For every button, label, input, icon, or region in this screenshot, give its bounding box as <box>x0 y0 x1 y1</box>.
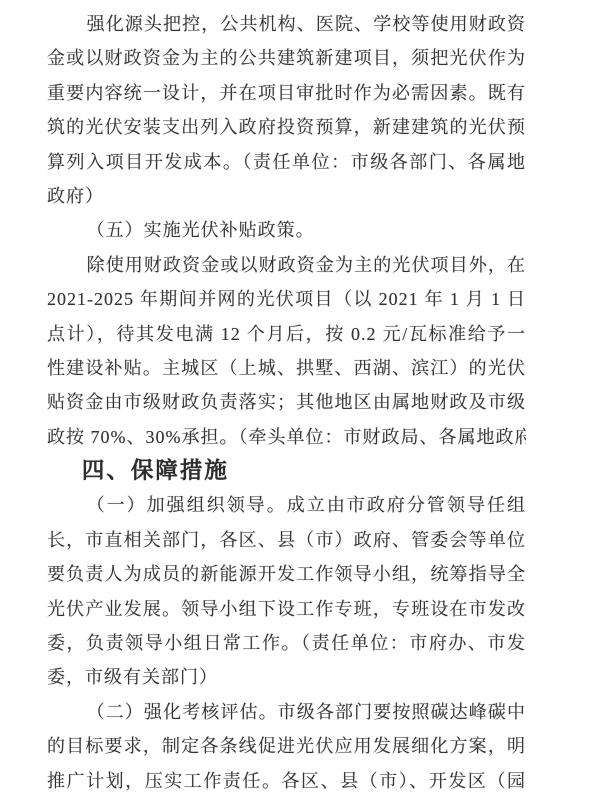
text-line: 的目标要求，制定各条线促进光伏应用发展细化方案，明确 <box>47 729 526 763</box>
text-line: （五）实施光伏补贴政策。 <box>47 213 526 247</box>
text-line: 2021-2025 年期间并网的光伏项目（以 2021 年 1 月 1 日为起 <box>47 282 526 316</box>
text-line: 贴资金由市级财政负责落实；其他地区由属地财政及市级财 <box>47 385 526 419</box>
text-line: 强化源头把控，公共机构、医院、学校等使用财政资 <box>47 7 526 41</box>
text-column: 强化源头把控，公共机构、医院、学校等使用财政资金或以财政资金为主的公共建筑新建项… <box>47 7 526 798</box>
text-line: （二）强化考核评估。市级各部门要按照碳达峰碳中和 <box>47 695 526 729</box>
text-line: 光伏产业发展。领导小组下设工作专班，专班设在市发改 <box>47 592 526 626</box>
paragraph: 除使用财政资金或以财政资金为主的光伏项目外，在2021-2025 年期间并网的光… <box>47 248 526 454</box>
text-line: 算列入项目开发成本。（责任单位：市级各部门、各属地 <box>47 145 526 179</box>
paragraph: （五）实施光伏补贴政策。 <box>47 213 526 247</box>
text-line: 四、保障措施 <box>47 454 526 488</box>
text-line: 金或以财政资金为主的公共建筑新建项目，须把光伏作为 <box>47 41 526 75</box>
text-line: 重要内容统一设计，并在项目审批时作为必需因素。既有建 <box>47 76 526 110</box>
text-line: 政府） <box>47 179 526 213</box>
text-line: 委，负责领导小组日常工作。（责任单位：市府办、市发改 <box>47 626 526 660</box>
text-line: 性建设补贴。主城区（上城、拱墅、西湖、滨江）的光伏补 <box>47 351 526 385</box>
text-line: 政按 70%、30%承担。（牵头单位：市财政局、各属地政府） <box>47 420 526 454</box>
text-line: 点计），待其发电满 12 个月后，按 0.2 元/瓦标准给予一次 <box>47 317 526 351</box>
text-line: 筑的光伏安装支出列入政府投资预算，新建建筑的光伏预 <box>47 110 526 144</box>
text-line: 除使用财政资金或以财政资金为主的光伏项目外，在 <box>47 248 526 282</box>
paragraph: （一）加强组织领导。成立由市政府分管领导任组长，市直相关部门，各区、县（市）政府… <box>47 488 526 694</box>
text-line: （一）加强组织领导。成立由市政府分管领导任组 <box>47 488 526 522</box>
paragraph: （二）强化考核评估。市级各部门要按照碳达峰碳中和的目标要求，制定各条线促进光伏应… <box>47 695 526 798</box>
document-page: 强化源头把控，公共机构、医院、学校等使用财政资金或以财政资金为主的公共建筑新建项… <box>0 0 614 800</box>
section-heading: 四、保障措施 <box>47 454 526 488</box>
text-line: 委，市级有关部门） <box>47 660 526 694</box>
text-line: 推广计划，压实工作责任。各区、县（市）、开发区（园 <box>47 764 526 798</box>
text-line: 长，市直相关部门，各区、县（市）政府、管委会等单位主 <box>47 523 526 557</box>
text-line: 要负责人为成员的新能源开发工作领导小组，统筹指导全市 <box>47 557 526 591</box>
paragraph: 强化源头把控，公共机构、医院、学校等使用财政资金或以财政资金为主的公共建筑新建项… <box>47 7 526 213</box>
